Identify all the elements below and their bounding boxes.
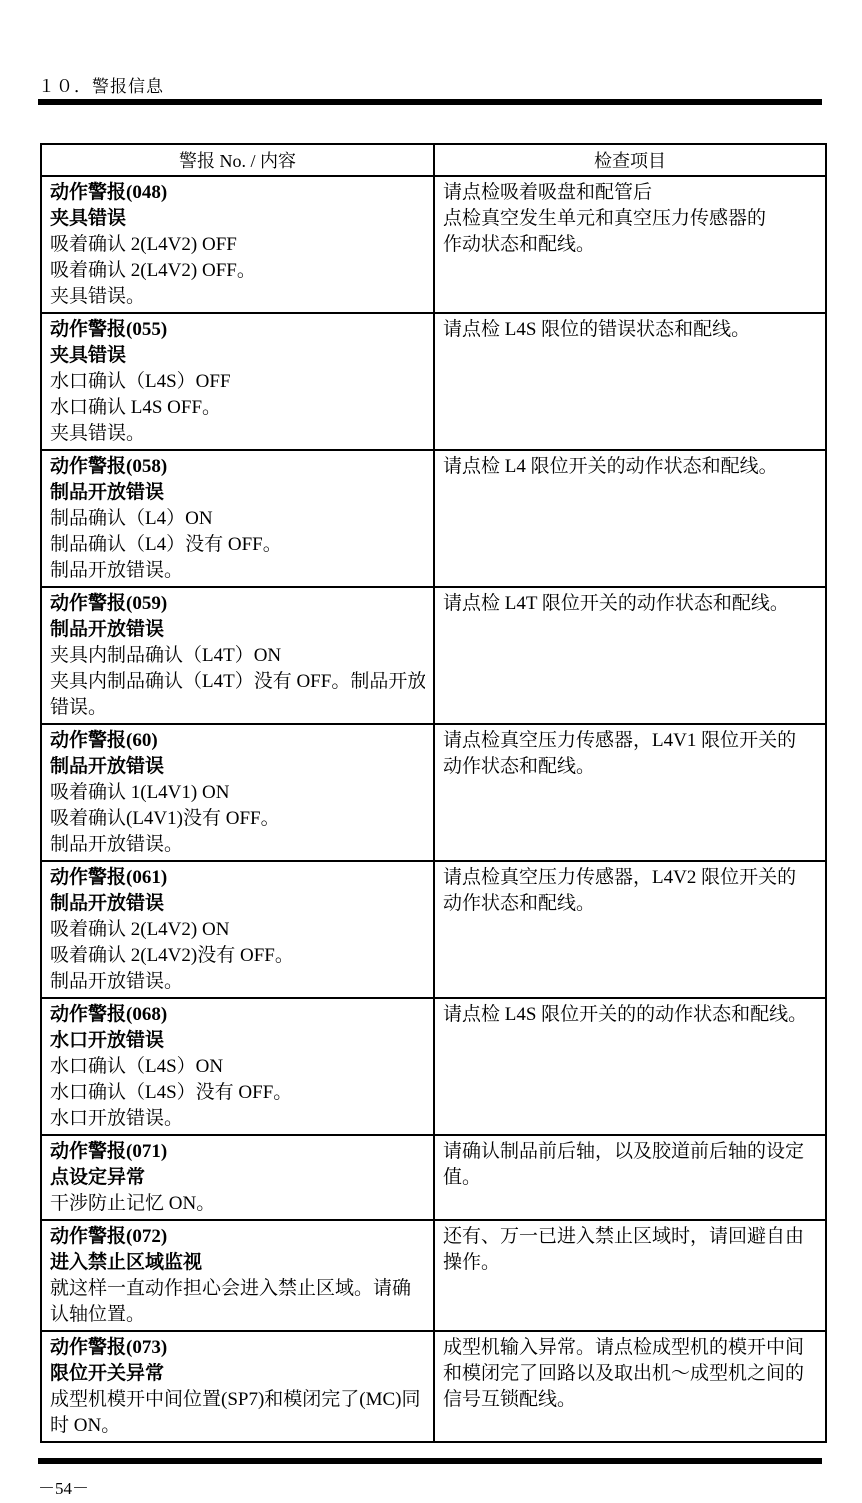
table-row: 动作警报(055) 夹具错误 水口确认（L4S）OFF水口确认 L4S OFF。… bbox=[41, 313, 826, 450]
check-item-line: 请点检真空压力传感器，L4V2 限位开关的 bbox=[443, 865, 817, 891]
check-items-cell: 请点检 L4T 限位开关的动作状态和配线。 bbox=[434, 587, 826, 724]
alarm-content-cell: 动作警报(048) 夹具错误 吸着确认 2(L4V2) OFF吸着确认 2(L4… bbox=[41, 176, 434, 313]
alarm-name: 夹具错误 bbox=[50, 206, 425, 232]
check-items-cell: 请点检真空压力传感器，L4V1 限位开关的动作状态和配线。 bbox=[434, 724, 826, 861]
check-item-line: 信号互锁配线。 bbox=[443, 1387, 817, 1413]
alarm-number: 动作警报(048) bbox=[50, 180, 425, 206]
alarm-number: 动作警报(072) bbox=[50, 1224, 425, 1250]
check-item-line: 请点检 L4S 限位开关的的动作状态和配线。 bbox=[443, 1002, 817, 1028]
check-item-line: 请点检 L4S 限位的错误状态和配线。 bbox=[443, 317, 817, 343]
check-item-line: 和模闭完了回路以及取出机～成型机之间的 bbox=[443, 1361, 817, 1387]
alarm-content-cell: 动作警报(055) 夹具错误 水口确认（L4S）OFF水口确认 L4S OFF。… bbox=[41, 313, 434, 450]
alarm-detail-line: 水口确认 L4S OFF。 bbox=[50, 395, 425, 421]
check-item-line: 点检真空发生单元和真空压力传感器的 bbox=[443, 206, 817, 232]
alarm-content-cell: 动作警报(073) 限位开关异常 成型机模开中间位置(SP7)和模闭完了(MC)… bbox=[41, 1331, 434, 1442]
alarm-detail-line: 夹具错误。 bbox=[50, 421, 425, 447]
alarm-name: 制品开放错误 bbox=[50, 891, 425, 917]
alarm-detail-line: 就这样一直动作担心会进入禁止区域。请确 bbox=[50, 1276, 425, 1302]
check-items-cell: 请确认制品前后轴，以及胶道前后轴的设定值。 bbox=[434, 1135, 826, 1220]
alarm-detail-line: 水口开放错误。 bbox=[50, 1106, 425, 1132]
alarm-content-cell: 动作警报(072) 进入禁止区域监视 就这样一直动作担心会进入禁止区域。请确认轴… bbox=[41, 1220, 434, 1331]
alarm-content-cell: 动作警报(061) 制品开放错误 吸着确认 2(L4V2) ON吸着确认 2(L… bbox=[41, 861, 434, 998]
check-item-line: 作动状态和配线。 bbox=[443, 232, 817, 258]
table-row: 动作警报(068) 水口开放错误 水口确认（L4S）ON水口确认（L4S）没有 … bbox=[41, 998, 826, 1135]
section-title: １０．警报信息 bbox=[38, 72, 164, 97]
table-header-row: 警报 No. / 内容 检查项目 bbox=[41, 144, 826, 176]
check-item-line: 请确认制品前后轴，以及胶道前后轴的设定 bbox=[443, 1139, 817, 1165]
alarm-number: 动作警报(059) bbox=[50, 591, 425, 617]
alarm-detail-line: 干涉防止记忆 ON。 bbox=[50, 1191, 425, 1217]
check-item-line: 值。 bbox=[443, 1165, 817, 1191]
footer-divider-rule bbox=[38, 1458, 822, 1464]
alarm-detail-line: 吸着确认(L4V1)没有 OFF。 bbox=[50, 806, 425, 832]
table-row: 动作警报(061) 制品开放错误 吸着确认 2(L4V2) ON吸着确认 2(L… bbox=[41, 861, 826, 998]
check-items-cell: 还有、万一已进入禁止区域时，请回避自由操作。 bbox=[434, 1220, 826, 1331]
check-item-line: 请点检 L4 限位开关的动作状态和配线。 bbox=[443, 454, 817, 480]
alarm-detail-line: 时 ON。 bbox=[50, 1413, 425, 1439]
alarm-info-table: 警报 No. / 内容 检查项目 动作警报(048) 夹具错误 吸着确认 2(L… bbox=[40, 143, 827, 1443]
table-row: 动作警报(071) 点设定异常 干涉防止记忆 ON。 请确认制品前后轴，以及胶道… bbox=[41, 1135, 826, 1220]
check-items-cell: 请点检真空压力传感器，L4V2 限位开关的动作状态和配线。 bbox=[434, 861, 826, 998]
alarm-detail-line: 吸着确认 2(L4V2) OFF bbox=[50, 232, 425, 258]
table-row: 动作警报(60) 制品开放错误 吸着确认 1(L4V1) ON吸着确认(L4V1… bbox=[41, 724, 826, 861]
alarm-detail-line: 夹具内制品确认（L4T）ON bbox=[50, 643, 425, 669]
alarm-content-cell: 动作警报(60) 制品开放错误 吸着确认 1(L4V1) ON吸着确认(L4V1… bbox=[41, 724, 434, 861]
alarm-detail-line: 认轴位置。 bbox=[50, 1302, 425, 1328]
alarm-detail-line: 水口确认（L4S）没有 OFF。 bbox=[50, 1080, 425, 1106]
alarm-content-cell: 动作警报(071) 点设定异常 干涉防止记忆 ON。 bbox=[41, 1135, 434, 1220]
alarm-name: 点设定异常 bbox=[50, 1165, 425, 1191]
table-row: 动作警报(048) 夹具错误 吸着确认 2(L4V2) OFF吸着确认 2(L4… bbox=[41, 176, 826, 313]
check-item-line: 请点检 L4T 限位开关的动作状态和配线。 bbox=[443, 591, 817, 617]
alarm-detail-line: 吸着确认 2(L4V2) OFF。 bbox=[50, 258, 425, 284]
alarm-content-cell: 动作警报(058) 制品开放错误 制品确认（L4）ON制品确认（L4）没有 OF… bbox=[41, 450, 434, 587]
check-item-line: 操作。 bbox=[443, 1250, 817, 1276]
alarm-number: 动作警报(60) bbox=[50, 728, 425, 754]
page-number: －54－ bbox=[38, 1474, 89, 1499]
alarm-name: 夹具错误 bbox=[50, 343, 425, 369]
alarm-detail-line: 错误。 bbox=[50, 695, 425, 721]
check-items-cell: 请点检 L4 限位开关的动作状态和配线。 bbox=[434, 450, 826, 587]
alarm-number: 动作警报(058) bbox=[50, 454, 425, 480]
alarm-detail-line: 夹具内制品确认（L4T）没有 OFF。制品开放 bbox=[50, 669, 425, 695]
alarm-name: 制品开放错误 bbox=[50, 480, 425, 506]
check-item-line: 动作状态和配线。 bbox=[443, 754, 817, 780]
alarm-detail-line: 制品确认（L4）没有 OFF。 bbox=[50, 532, 425, 558]
table-row: 动作警报(059) 制品开放错误 夹具内制品确认（L4T）ON夹具内制品确认（L… bbox=[41, 587, 826, 724]
alarm-name: 制品开放错误 bbox=[50, 617, 425, 643]
alarm-name: 进入禁止区域监视 bbox=[50, 1250, 425, 1276]
title-divider-rule bbox=[38, 99, 822, 105]
check-items-cell: 请点检 L4S 限位的错误状态和配线。 bbox=[434, 313, 826, 450]
alarm-detail-line: 夹具错误。 bbox=[50, 284, 425, 310]
alarm-detail-line: 制品开放错误。 bbox=[50, 558, 425, 584]
table-row: 动作警报(058) 制品开放错误 制品确认（L4）ON制品确认（L4）没有 OF… bbox=[41, 450, 826, 587]
alarm-detail-line: 制品确认（L4）ON bbox=[50, 506, 425, 532]
alarm-name: 限位开关异常 bbox=[50, 1361, 425, 1387]
check-item-line: 请点检真空压力传感器，L4V1 限位开关的 bbox=[443, 728, 817, 754]
alarm-number: 动作警报(071) bbox=[50, 1139, 425, 1165]
alarm-detail-line: 成型机模开中间位置(SP7)和模闭完了(MC)同 bbox=[50, 1387, 425, 1413]
alarm-number: 动作警报(068) bbox=[50, 1002, 425, 1028]
check-items-cell: 请点检吸着吸盘和配管后点检真空发生单元和真空压力传感器的作动状态和配线。 bbox=[434, 176, 826, 313]
check-item-line: 动作状态和配线。 bbox=[443, 891, 817, 917]
alarm-name: 制品开放错误 bbox=[50, 754, 425, 780]
table-row: 动作警报(073) 限位开关异常 成型机模开中间位置(SP7)和模闭完了(MC)… bbox=[41, 1331, 826, 1442]
alarm-content-cell: 动作警报(059) 制品开放错误 夹具内制品确认（L4T）ON夹具内制品确认（L… bbox=[41, 587, 434, 724]
alarm-detail-line: 吸着确认 2(L4V2) ON bbox=[50, 917, 425, 943]
alarm-number: 动作警报(073) bbox=[50, 1335, 425, 1361]
table-row: 动作警报(072) 进入禁止区域监视 就这样一直动作担心会进入禁止区域。请确认轴… bbox=[41, 1220, 826, 1331]
alarm-detail-line: 水口确认（L4S）OFF bbox=[50, 369, 425, 395]
alarm-detail-line: 制品开放错误。 bbox=[50, 969, 425, 995]
check-items-cell: 请点检 L4S 限位开关的的动作状态和配线。 bbox=[434, 998, 826, 1135]
check-item-line: 还有、万一已进入禁止区域时，请回避自由 bbox=[443, 1224, 817, 1250]
alarm-number: 动作警报(061) bbox=[50, 865, 425, 891]
alarm-detail-line: 水口确认（L4S）ON bbox=[50, 1054, 425, 1080]
check-item-line: 成型机输入异常。请点检成型机的模开中间 bbox=[443, 1335, 817, 1361]
alarm-number: 动作警报(055) bbox=[50, 317, 425, 343]
column-header-alarm-no-content: 警报 No. / 内容 bbox=[41, 144, 434, 176]
column-header-check-items: 检查项目 bbox=[434, 144, 826, 176]
check-item-line: 请点检吸着吸盘和配管后 bbox=[443, 180, 817, 206]
alarm-content-cell: 动作警报(068) 水口开放错误 水口确认（L4S）ON水口确认（L4S）没有 … bbox=[41, 998, 434, 1135]
alarm-detail-line: 制品开放错误。 bbox=[50, 832, 425, 858]
alarm-detail-line: 吸着确认 2(L4V2)没有 OFF。 bbox=[50, 943, 425, 969]
alarm-name: 水口开放错误 bbox=[50, 1028, 425, 1054]
alarm-detail-line: 吸着确认 1(L4V1) ON bbox=[50, 780, 425, 806]
check-items-cell: 成型机输入异常。请点检成型机的模开中间和模闭完了回路以及取出机～成型机之间的信号… bbox=[434, 1331, 826, 1442]
